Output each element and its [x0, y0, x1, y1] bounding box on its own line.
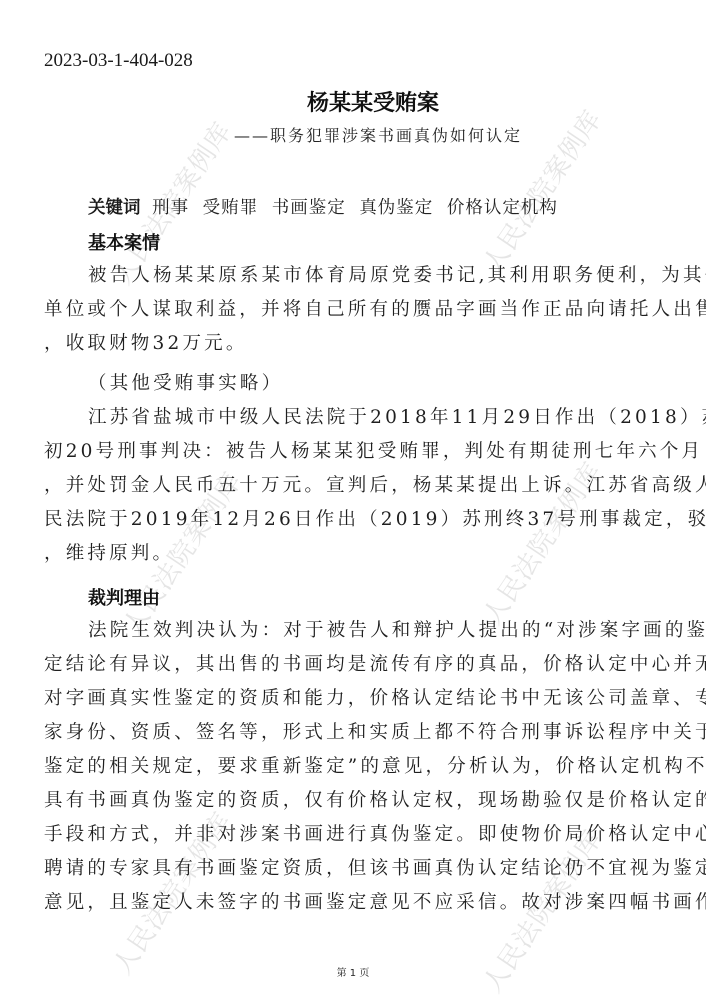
text-line: 聘请的专家具有书画鉴定资质，但该书画真伪认定结论仍不宜视为鉴定 — [44, 852, 660, 886]
text-line: 初20号刑事判决：被告人杨某某犯受贿罪，判处有期徒刑七年六个月 — [44, 435, 660, 469]
document-title: 杨某某受贿案 — [0, 86, 706, 117]
text-line: 民法院于2019年12月26日作出（2019）苏刑终37号刑事裁定，驳回上诉 — [44, 503, 660, 537]
text-line: 对字画真实性鉴定的资质和能力，价格认定结论书中无该公司盖章、专 — [44, 682, 660, 716]
text-line: 具有书画真伪鉴定的资质，仅有价格认定权，现场勘验仅是价格认定的 — [44, 784, 660, 818]
text-line: 鉴定的相关规定，要求重新鉴定”的意见，分析认为，价格认定机构不 — [44, 750, 660, 784]
keyword-tag: 真伪鉴定 — [359, 198, 433, 218]
text-line: ，收取财物32万元。 — [44, 327, 660, 361]
document-subtitle: ——职务犯罪涉案书画真伪如何认定 — [0, 123, 706, 146]
text-line: ，维持原判。 — [44, 537, 660, 571]
paragraph: 法院生效判决认为：对于被告人和辩护人提出的“对涉案字画的鉴 定结论有异议，其出售… — [44, 614, 660, 920]
keyword-tag: 书画鉴定 — [272, 198, 346, 218]
paragraph: 江苏省盐城市中级人民法院于2018年11月29日作出（2018）苏09刑 初20… — [44, 401, 660, 571]
text-line: 手段和方式，并非对涉案书画进行真伪鉴定。即使物价局价格认定中心 — [44, 818, 660, 852]
paragraph: 被告人杨某某原系某市体育局原党委书记,其利用职务便利，为其他 单位或个人谋取利益… — [44, 259, 660, 361]
document-page: 人民法院案例库 人民法院案例库 人民法院案例库 人民法院案例库 人民法院案例库 … — [0, 0, 706, 999]
paragraph: （其他受贿事实略） — [44, 367, 660, 401]
keyword-tag: 受贿罪 — [203, 198, 259, 218]
text-line: 江苏省盐城市中级人民法院于2018年11月29日作出（2018）苏09刑 — [44, 401, 660, 435]
text-line: 家身份、资质、签名等，形式上和实质上都不符合刑事诉讼程序中关于 — [44, 716, 660, 750]
keyword-tag: 价格认定机构 — [447, 198, 558, 218]
text-line: ，并处罚金人民币五十万元。宣判后，杨某某提出上诉。江苏省高级人 — [44, 469, 660, 503]
keywords-label: 关键词 — [88, 198, 141, 218]
text-line: 单位或个人谋取利益，并将自己所有的赝品字画当作正品向请托人出售 — [44, 293, 660, 327]
text-line: 意见，且鉴定人未签字的书画鉴定意见不应采信。故对涉案四幅书画作 — [44, 886, 660, 920]
text-line: 法院生效判决认为：对于被告人和辩护人提出的“对涉案字画的鉴 — [44, 614, 660, 648]
text-line: 被告人杨某某原系某市体育局原党委书记,其利用职务便利，为其他 — [44, 259, 660, 293]
case-number: 2023-03-1-404-028 — [44, 50, 193, 72]
text-line: （其他受贿事实略） — [44, 367, 660, 401]
text-line: 定结论有异议，其出售的书画均是流传有序的真品，价格认定中心并无 — [44, 648, 660, 682]
section-heading-basic-facts: 基本案情 — [88, 229, 160, 255]
keyword-tag: 刑事 — [152, 198, 189, 218]
keywords-row: 关键词 刑事 受贿罪 书画鉴定 真伪鉴定 价格认定机构 — [88, 194, 566, 219]
page-number: 第 1 页 — [0, 964, 706, 979]
section-heading-reasoning: 裁判理由 — [88, 584, 160, 610]
